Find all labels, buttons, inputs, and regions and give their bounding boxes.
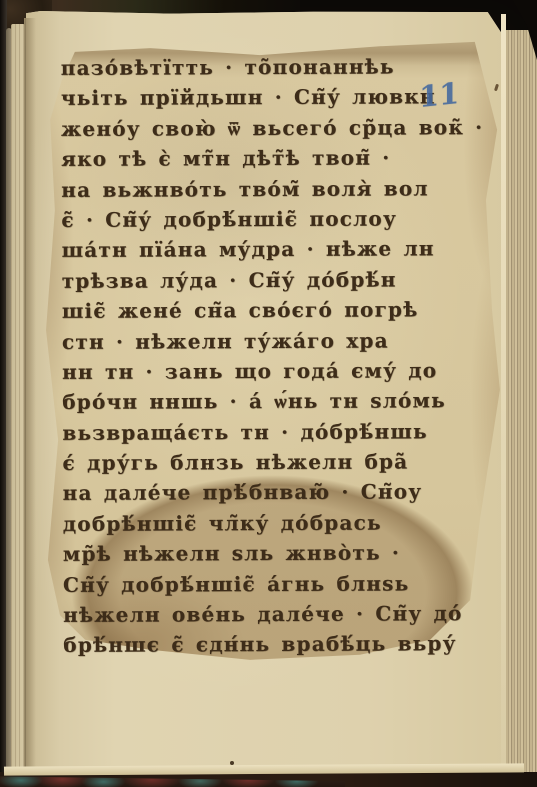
- text-line: мр̃ѣ нѣжелн ѕль жнво̀ть ·: [63, 537, 483, 569]
- text-line: нѣжелн ове́нь дале́че · Сн̃у до́: [63, 598, 483, 630]
- text-line: на вьжнво́ть тво́м̃ воля̀ вол: [61, 173, 481, 205]
- text-block: пазо́вѣтїтть · то̃понаннѣь чьіть прїйдьш…: [61, 51, 484, 661]
- text-line: трѣзва лу́да · Сн̃у́ до́брѣ́н: [62, 264, 482, 296]
- gutter-page-edges: [11, 24, 25, 774]
- page-right-edge: [501, 14, 506, 770]
- text-line: чьіть прїйдьшн · Сн̃у́ лювкн: [61, 81, 481, 113]
- text-line: є̃ · Сн̃у́ добрѣ́ншіє̃ послоу: [61, 203, 481, 235]
- folio-number: 11: [419, 76, 459, 114]
- text-line: бро́чн нншь · а́ ѡ́нь тн ѕло́мь: [62, 385, 482, 417]
- fore-edge-page-stack: [503, 30, 537, 772]
- text-line: стн · нѣжелн ту́жа́го хра: [62, 325, 482, 357]
- text-line: пазо́вѣтїтть · то̃понаннѣь: [61, 51, 481, 83]
- text-line: шіє̃ жене́ сн̃а сво́єго́ погрѣ: [62, 294, 482, 326]
- text-line: є́ дру́гь блнзь нѣжелн бра̃: [62, 446, 482, 478]
- text-line: жено́у свою̀ ѿ вьсего́ ср̃ца вок̃ ·: [61, 112, 481, 144]
- ink-speck: [230, 761, 234, 765]
- text-line: на дале́че прѣ́бнваю̃ · Сн̃оу: [63, 477, 483, 509]
- text-line: ша́тн пїа́на му́дра · нѣже лн: [61, 233, 481, 265]
- text-line: нн тн · зань що года́ єму́ до: [62, 355, 482, 387]
- text-line: добрѣ́ншіє̃ чл̃ку́ до́брась: [63, 507, 483, 539]
- manuscript-photo: пазо́вѣтїтть · то̃понаннѣь чьіть прїйдьш…: [0, 0, 537, 787]
- text-line: брѣ́ншє є̃ єдн́нь врабѣ́ць вьру́: [63, 629, 483, 661]
- text-line: вьзвраща́єть тн · до́брѣ́ншь: [62, 416, 482, 448]
- text-line: Сн̃у́ добрѣ́ншіє̃ а́гнь блнѕь: [63, 568, 483, 600]
- text-line: яко тѣ є̀ мт̃н дѣт̃ѣ твон̃ ·: [61, 142, 481, 174]
- gutter-crease-shadow: [24, 18, 36, 774]
